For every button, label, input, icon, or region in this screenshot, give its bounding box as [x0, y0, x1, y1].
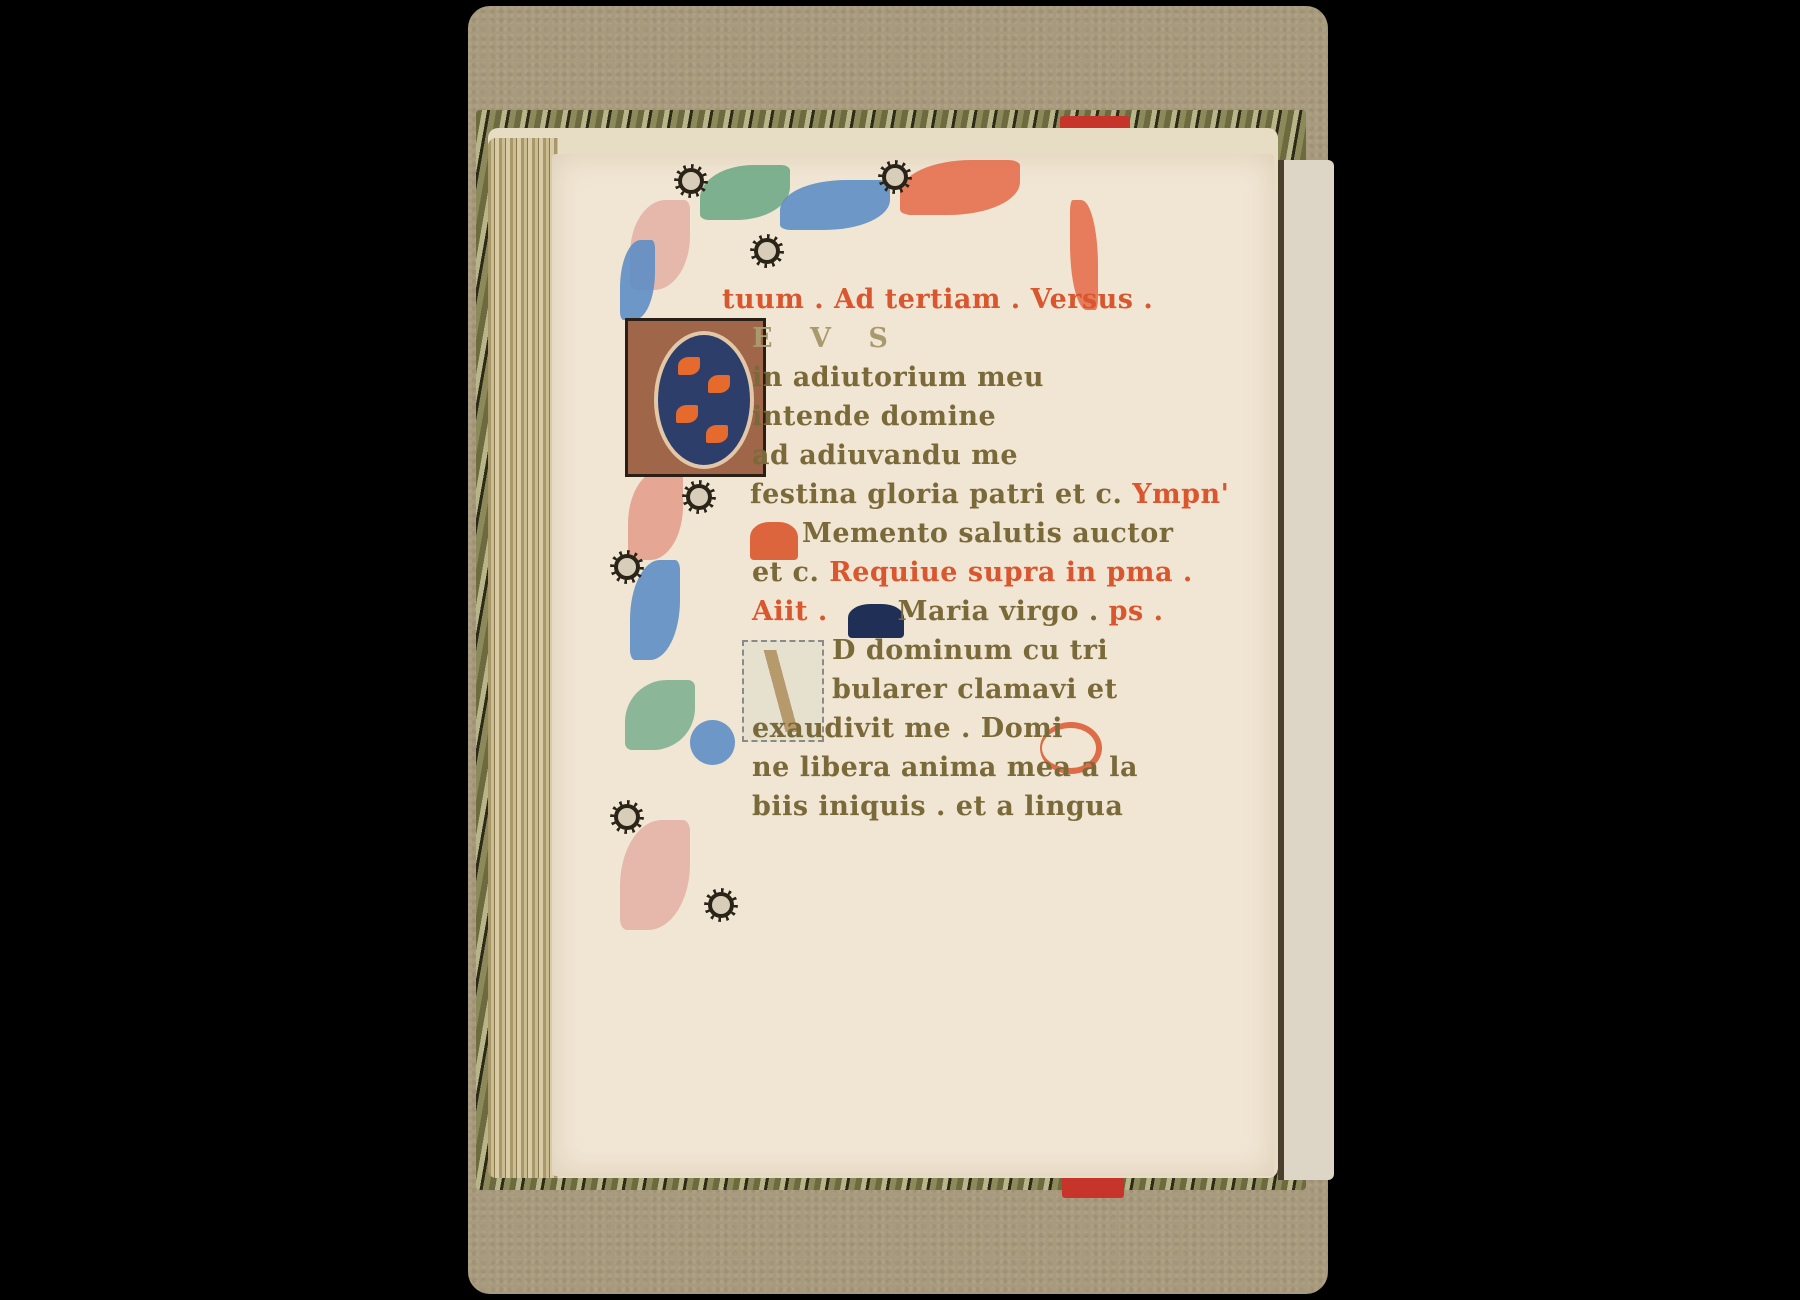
rubric-segment: ps .	[1109, 596, 1164, 627]
text-segment: et c.	[752, 557, 819, 588]
star-ornament	[712, 896, 730, 914]
rubric-segment: Ympn'	[1132, 479, 1229, 510]
text-line: festina gloria patri et c. Ympn'	[750, 475, 1192, 514]
facing-page-edge	[1278, 160, 1334, 1180]
text-line: et c. Requiue supra in pma .	[752, 553, 1192, 592]
text-segment: festina gloria patri et c.	[750, 479, 1122, 510]
text-line: D dominum cu tri	[752, 631, 1192, 670]
text-line: E V S	[752, 319, 1192, 358]
illuminated-initial-d	[625, 318, 766, 477]
text-line: ne libera anima mea a la	[752, 748, 1192, 787]
text-line: Memento salutis auctor	[752, 514, 1192, 553]
text-line: in adiutorium meu	[752, 358, 1192, 397]
rubric-segment: Requiue supra in pma .	[829, 557, 1192, 588]
star-ornament	[758, 242, 776, 260]
text-line: ad adiuvandu me	[752, 436, 1192, 475]
star-ornament	[690, 488, 708, 506]
text-line: bularer clamavi et	[752, 670, 1192, 709]
text-line: tuum . Ad tertiam . Versus .	[722, 280, 1192, 319]
text-line: Aiit . Maria virgo . ps .	[752, 592, 1192, 631]
rubric-segment: Aiit .	[752, 596, 828, 627]
page-edges	[488, 138, 558, 1178]
acanthus-leaf-blue-bottom	[690, 720, 735, 765]
text-line: biis iniquis . et a lingua	[752, 787, 1192, 826]
star-ornament	[682, 172, 700, 190]
text-segment: Maria virgo .	[898, 596, 1099, 627]
text-line: intende domine	[752, 397, 1192, 436]
text-line: exaudivit me . Domi	[752, 709, 1192, 748]
manuscript-text: tuum . Ad tertiam . Versus . E V S in ad…	[752, 280, 1192, 826]
star-ornament	[618, 558, 636, 576]
star-ornament	[618, 808, 636, 826]
star-ornament	[886, 168, 904, 186]
